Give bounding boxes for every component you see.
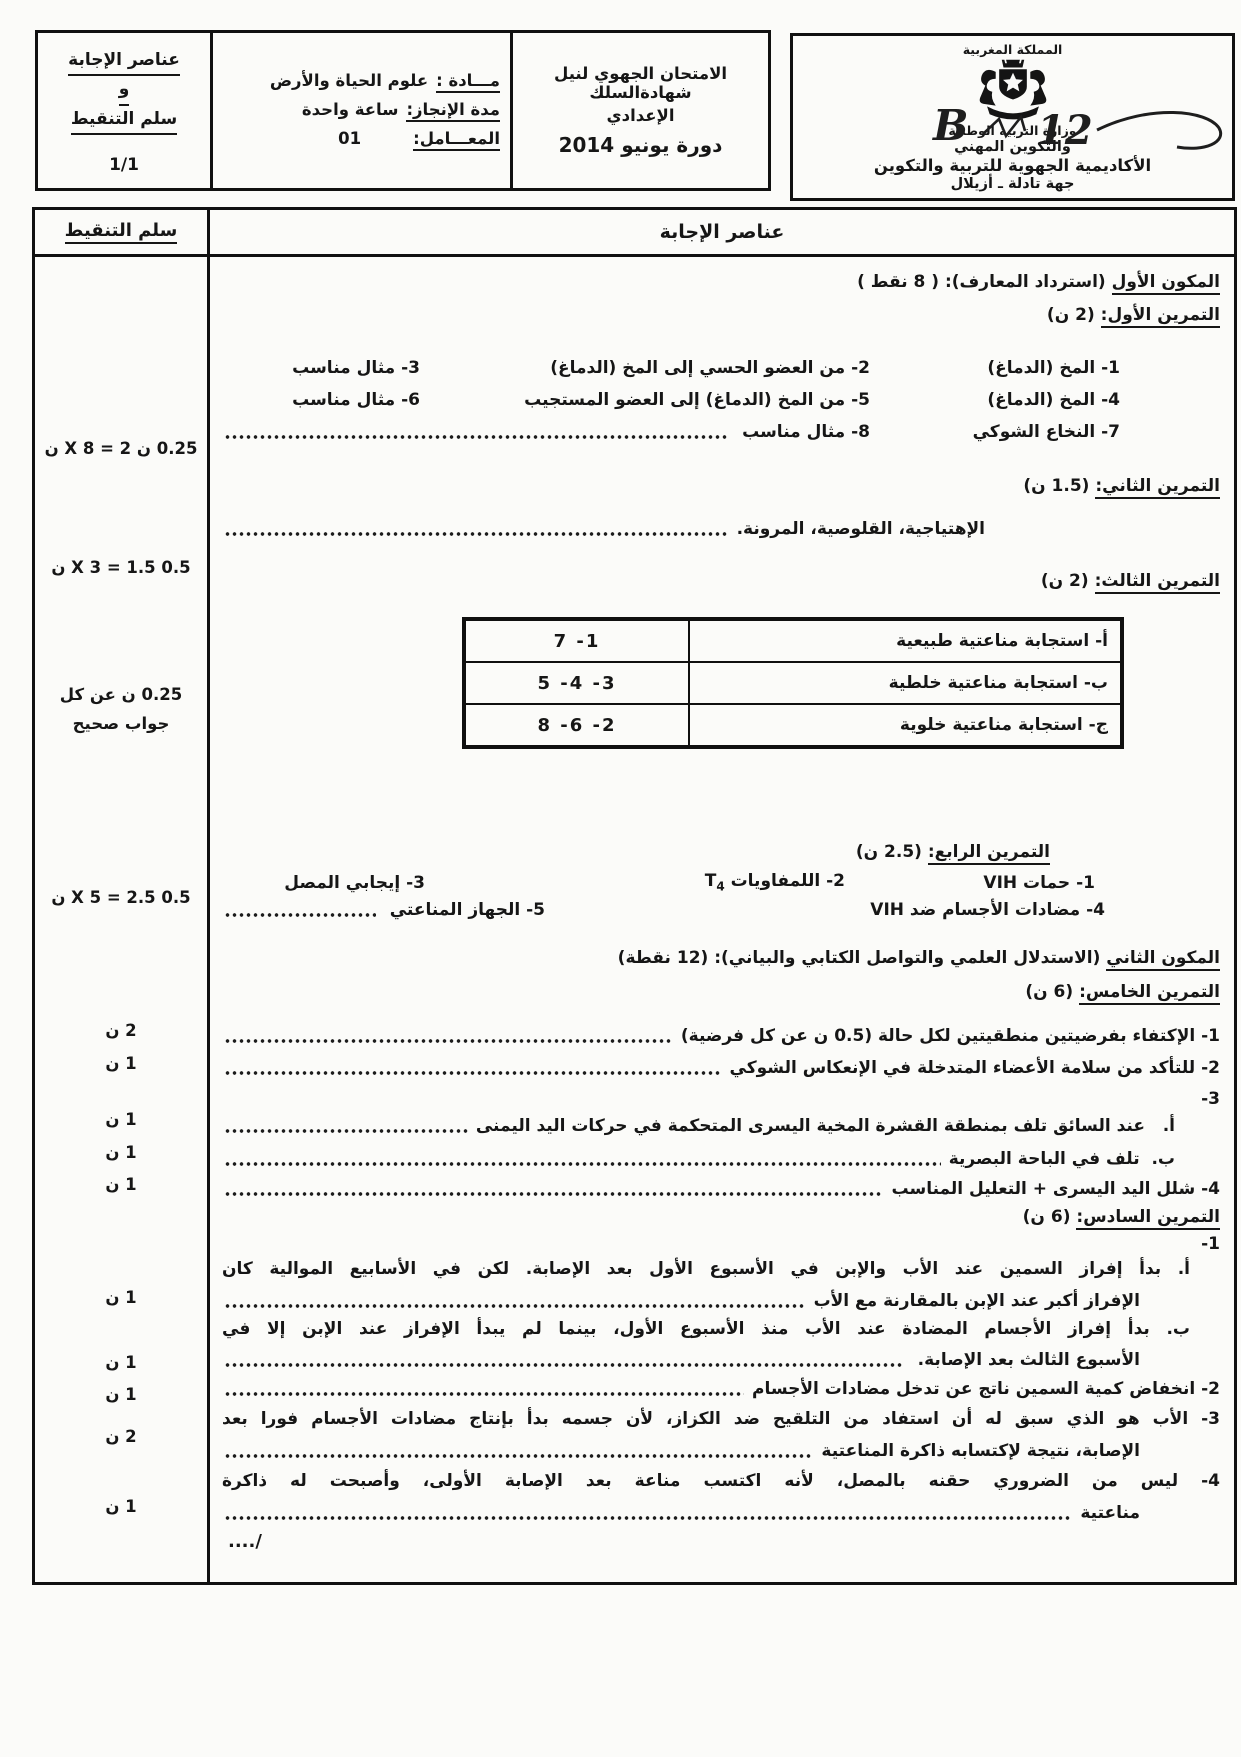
heading-underlined: التمرين الثالث: xyxy=(1095,571,1220,594)
coefficient-value: 01 xyxy=(338,129,361,148)
answer-line: أ. عند السائق تلف بمنطقة القشرة المخية ا… xyxy=(222,1115,1220,1138)
section-heading: التمرين السادس: (6 ن) xyxy=(222,1206,1220,1229)
answer-text: 2- انخفاض كمية السمين ناتج عن تدخل مضادا… xyxy=(752,1378,1220,1401)
answer-item: 2- من العضو الحسي إلى المخ (الدماغ) xyxy=(420,357,870,380)
dotted-leader xyxy=(224,1453,813,1459)
heading-underlined: التمرين الأول: xyxy=(1101,305,1220,328)
table-body: 0.25 ن X 8 = 2 ن0.5 X 3 = 1.5 ن0.25 ن عن… xyxy=(35,257,1234,1585)
score-column: 0.25 ن X 8 = 2 ن0.5 X 3 = 1.5 ن0.25 ن عن… xyxy=(35,257,210,1585)
scanned-exam-answer-sheet: { "header": { "left_box": { "line1": "عن… xyxy=(0,0,1241,1757)
response-numbers-cell: 1- 7 xyxy=(464,619,689,662)
answer-item: 5- من المخ (الدماغ) إلى العضو المستجيب xyxy=(420,389,870,412)
score-item: 0.5 X 5 = 2.5 ن xyxy=(35,884,207,913)
exam-session: دورة يونيو 2014 xyxy=(559,133,723,157)
table-row: ب- استجابة مناعتية خلطية3- 4- 5 xyxy=(464,662,1122,704)
and-label: و xyxy=(119,76,130,105)
score-item: 1 ن xyxy=(35,1050,207,1079)
grading-scale-label: سلم التنقيط xyxy=(71,106,177,135)
answer-line: 2- للتأكد من سلامة الأعضاء المتدخلة في ا… xyxy=(222,1057,1220,1080)
response-type-cell: ج- استجابة مناعتية خلوية xyxy=(689,704,1122,747)
answer-line: الإصابة، نتيجة لإكتسابه ذاكرة المناعتية xyxy=(222,1440,1220,1463)
immune-response-table: أ- استجابة مناعتية طبيعية1- 7ب- استجابة … xyxy=(462,617,1124,749)
dotted-leader xyxy=(224,1515,1072,1521)
answer-line: 4- مضادات الأجسام ضد VIH5- الجهاز المناع… xyxy=(222,899,1220,922)
exam-title-line2: الإعدادي xyxy=(607,106,675,125)
answer-line: مناعتية xyxy=(222,1502,1220,1525)
handwritten-scribble xyxy=(983,117,1025,136)
dotted-leader xyxy=(224,1128,468,1134)
answer-text: مناعتية xyxy=(1080,1502,1140,1525)
answer-item: 4- المخ (الدماغ) xyxy=(870,389,1120,412)
score-item: 1 ن xyxy=(35,1106,207,1135)
answer-line: ب. تلف في الباحة البصرية xyxy=(222,1148,1220,1171)
answer-text: 2- للتأكد من سلامة الأعضاء المتدخلة في ا… xyxy=(730,1057,1220,1080)
heading-underlined: التمرين الخامس: xyxy=(1079,982,1220,1005)
heading-underlined: التمرين الرابع: xyxy=(928,842,1050,865)
answer-line: ..../ xyxy=(222,1530,1220,1554)
dotted-leader xyxy=(224,531,729,537)
answer-item: 3- مثال مناسب xyxy=(292,357,420,380)
answer-text: ب. تلف في الباحة البصرية xyxy=(949,1148,1175,1171)
answer-line: 1- حمات VIH2- اللمفاويات T43- إيجابي الم… xyxy=(222,870,1220,895)
score-column-header: سلم التنقيط xyxy=(35,210,210,254)
section-heading: التمرين الخامس: (6 ن) xyxy=(222,981,1220,1004)
heading-rest: (2 ن) xyxy=(1041,571,1095,591)
duration-value: ساعة واحدة xyxy=(302,100,399,119)
handwritten-number: 12 xyxy=(1037,107,1093,154)
answer-line: 1- الإكتفاء بفرضيتين منطقيتين لكل حالة (… xyxy=(222,1025,1220,1048)
dotted-leader xyxy=(224,1070,722,1076)
response-numbers-cell: 2- 6- 8 xyxy=(464,704,689,747)
dotted-leader xyxy=(224,1161,941,1167)
heading-underlined: المكون الأول xyxy=(1112,272,1220,295)
answer-line: أ. بدأ إفراز السمين عند الأب والإبن في ا… xyxy=(222,1258,1220,1281)
coefficient-label: المعـــامل: xyxy=(413,129,500,151)
score-header-label: سلم التنقيط xyxy=(65,220,178,244)
answers-header-label: عناصر الإجابة xyxy=(660,221,785,243)
subject-info-box: مـــادة : علوم الحياة والأرض مدة الإنجاز… xyxy=(213,33,513,188)
score-item: 2 ن xyxy=(35,1423,207,1452)
score-item: 1 ن xyxy=(35,1284,207,1313)
heading-rest: (1.5 ن) xyxy=(1023,476,1095,496)
heading-rest: (2.5 ن) xyxy=(856,842,928,862)
response-type-cell: ب- استجابة مناعتية خلطية xyxy=(689,662,1122,704)
answer-text: 1- xyxy=(1201,1233,1220,1256)
answer-item: 4- مضادات الأجسام ضد VIH xyxy=(545,899,1105,922)
answer-text: الإهتياجية، القلوصية، المرونة. xyxy=(737,518,985,541)
answer-line: 4- شلل اليد اليسرى + التعليل المناسب xyxy=(222,1178,1220,1201)
answer-line: 1- xyxy=(222,1233,1220,1256)
section-heading: التمرين الثالث: (2 ن) xyxy=(222,570,1220,593)
answer-text: 1- الإكتفاء بفرضيتين منطقيتين لكل حالة (… xyxy=(681,1025,1220,1048)
kingdom-label: المملكة المغربية xyxy=(963,42,1063,57)
dotted-leader xyxy=(224,1362,904,1368)
answer-text: 3- xyxy=(1201,1088,1220,1111)
score-item: 0.25 ن عن كلجواب صحيح xyxy=(35,681,207,739)
answer-key-table: سلم التنقيط عناصر الإجابة 0.25 ن X 8 = 2… xyxy=(32,207,1237,1585)
answer-item: 6- مثال مناسب xyxy=(292,389,420,412)
subject-value: علوم الحياة والأرض xyxy=(270,71,428,90)
handwritten-letter: B xyxy=(932,101,969,150)
score-item: 2 ن xyxy=(35,1017,207,1046)
table-row: ج- استجابة مناعتية خلوية2- 6- 8 xyxy=(464,704,1122,747)
exam-title-box: الامتحان الجهوي لنيل شهادةالسلك الإعدادي… xyxy=(513,33,768,188)
score-item: 0.5 X 3 = 1.5 ن xyxy=(35,554,207,583)
dotted-leader xyxy=(224,1391,744,1397)
answer-item: 2- اللمفاويات T4 xyxy=(425,870,845,895)
table-row: أ- استجابة مناعتية طبيعية1- 7 xyxy=(464,619,1122,662)
answer-line: 7- النخاع الشوكي8- مثال مناسب xyxy=(222,421,1220,444)
dotted-leader xyxy=(224,1303,806,1309)
dotted-leader xyxy=(224,1038,673,1044)
heading-underlined: المكون الثاني xyxy=(1106,948,1220,971)
dotted-leader xyxy=(224,1191,883,1197)
answer-line: 3- xyxy=(222,1088,1220,1111)
coefficient-row: المعـــامل: 01 xyxy=(223,129,500,151)
answer-line: ب. بدأ إفراز الأجسام المضادة عند الأب من… xyxy=(222,1318,1220,1341)
answer-text: الإصابة، نتيجة لإكتسابه ذاكرة المناعتية xyxy=(821,1440,1140,1463)
section-heading: التمرين الثاني: (1.5 ن) xyxy=(222,475,1220,498)
heading-underlined: التمرين السادس: xyxy=(1076,1207,1220,1230)
answer-line: 2- انخفاض كمية السمين ناتج عن تدخل مضادا… xyxy=(222,1378,1220,1401)
answer-item: 1- المخ (الدماغ) xyxy=(870,357,1120,380)
subject-row: مـــادة : علوم الحياة والأرض xyxy=(223,71,500,93)
page-number: 1/1 xyxy=(109,152,139,178)
answers-column-header: عناصر الإجابة xyxy=(210,210,1234,254)
section-heading: التمرين الأول: (2 ن) xyxy=(222,304,1220,327)
answer-item: 1- حمات VIH xyxy=(845,872,1095,895)
response-numbers-cell: 3- 4- 5 xyxy=(464,662,689,704)
heading-rest: (2 ن) xyxy=(1047,305,1101,325)
answer-item: 5- الجهاز المناعتي xyxy=(384,899,545,922)
handwritten-swoosh xyxy=(1097,112,1221,148)
score-item: 1 ن xyxy=(35,1349,207,1378)
duration-row: مدة الإنجاز: ساعة واحدة xyxy=(223,100,500,122)
score-item: 1 ن xyxy=(35,1171,207,1200)
heading-rest: (الاستدلال العلمي والتواصل الكتابي والبي… xyxy=(618,948,1107,968)
answer-line: 4- المخ (الدماغ)5- من المخ (الدماغ) إلى … xyxy=(222,389,1220,412)
section-heading: المكون الأول (استرداد المعارف): ( 8 نقط … xyxy=(222,271,1220,294)
heading-rest: (6 ن) xyxy=(1023,1207,1077,1227)
answers-column: المكون الأول (استرداد المعارف): ( 8 نقط … xyxy=(210,257,1234,1585)
answer-line: 1- المخ (الدماغ)2- من العضو الحسي إلى ال… xyxy=(222,357,1220,380)
header-info-table: عناصر الإجابة و سلم التنقيط 1/1 مـــادة … xyxy=(35,30,771,191)
score-item: 1 ن xyxy=(35,1381,207,1410)
dotted-leader xyxy=(224,912,376,918)
answer-text: أ. عند السائق تلف بمنطقة القشرة المخية ا… xyxy=(476,1115,1175,1138)
heading-rest: (استرداد المعارف): ( 8 نقط ) xyxy=(857,272,1112,292)
answer-line: 3- الأب هو الذي سبق له أن استفاد من التل… xyxy=(222,1408,1220,1431)
answer-line: الأسبوع الثالث بعد الإصابة. xyxy=(222,1349,1220,1372)
answer-elements-label: عناصر الإجابة xyxy=(68,47,180,76)
section-heading: التمرين الرابع: (2.5 ن) xyxy=(222,841,1220,864)
answer-line: الإهتياجية، القلوصية، المرونة. xyxy=(222,518,1220,541)
dotted-leader xyxy=(224,434,728,440)
answer-line: الإفراز أكبر عند الإبن بالمقارنة مع الأب xyxy=(222,1290,1220,1313)
answer-text: الإفراز أكبر عند الإبن بالمقارنة مع الأب xyxy=(814,1290,1140,1313)
table-header-row: سلم التنقيط عناصر الإجابة xyxy=(35,210,1234,257)
score-item: 1 ن xyxy=(35,1139,207,1168)
answer-item: 8- مثال مناسب xyxy=(736,421,870,444)
score-item: 0.25 ن X 8 = 2 ن xyxy=(35,435,207,464)
answer-text: الأسبوع الثالث بعد الإصابة. xyxy=(912,1349,1140,1372)
exam-title-line1: الامتحان الجهوي لنيل شهادةالسلك xyxy=(513,64,768,102)
answer-text: 4- شلل اليد اليسرى + التعليل المناسب xyxy=(891,1178,1220,1201)
answer-item: 7- النخاع الشوكي xyxy=(870,421,1120,444)
subject-label: مـــادة : xyxy=(436,71,500,93)
region-name: جهة تادلة ـ أزيلال xyxy=(951,176,1075,192)
section-heading: المكون الثاني (الاستدلال العلمي والتواصل… xyxy=(222,947,1220,970)
answer-elements-title-box: عناصر الإجابة و سلم التنقيط 1/1 xyxy=(38,33,213,188)
handwritten-mark: B 12 xyxy=(925,88,1241,170)
duration-label: مدة الإنجاز: xyxy=(406,100,500,122)
answer-item: 3- إيجابي المصل xyxy=(284,872,425,895)
answer-line: 4- ليس من الضروري حقنه بالمصل، لأنه اكتس… xyxy=(222,1470,1220,1493)
heading-underlined: التمرين الثاني: xyxy=(1095,476,1220,499)
score-item: 1 ن xyxy=(35,1493,207,1522)
heading-rest: (6 ن) xyxy=(1025,982,1079,1002)
response-type-cell: أ- استجابة مناعتية طبيعية xyxy=(689,619,1122,662)
